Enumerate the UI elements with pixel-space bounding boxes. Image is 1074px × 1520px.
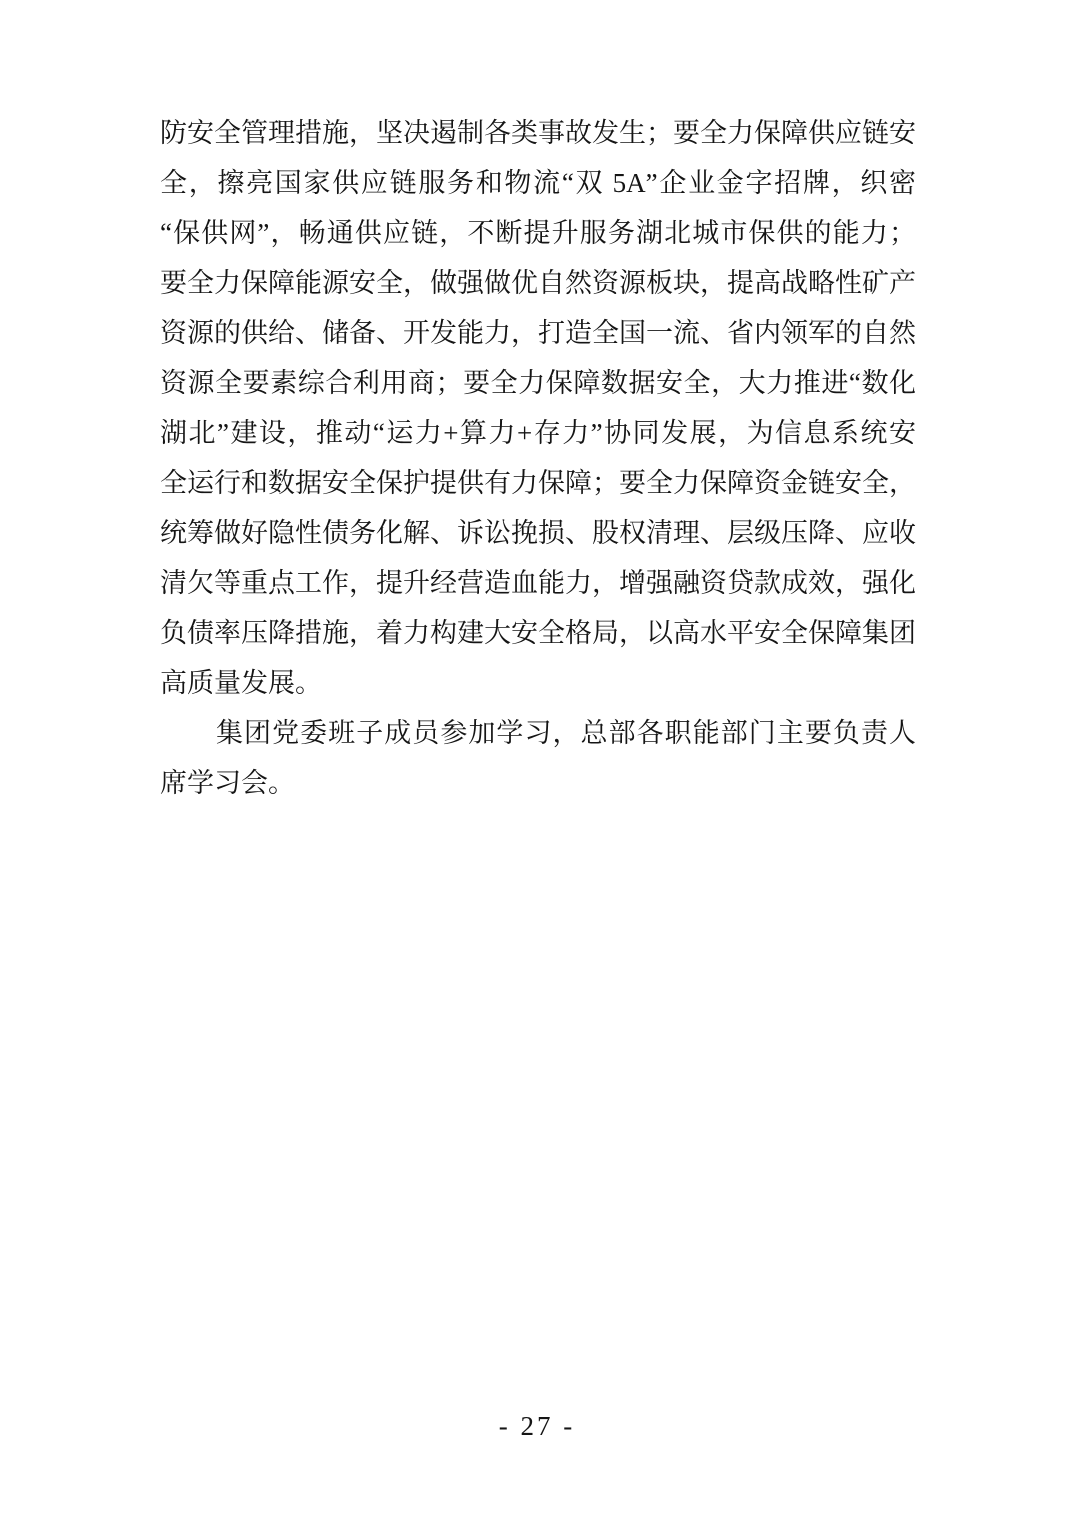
paragraph1-line: 资源全要素综合利用商；要全力保障数据安全，大力推进“数化 <box>160 358 916 408</box>
paragraph1-last-line: 高质量发展。 <box>160 658 916 708</box>
paragraph1-line: 清欠等重点工作，提升经营造血能力，增强融资贷款成效，强化 <box>160 558 916 608</box>
page-number: - 27 - <box>0 1406 1074 1446</box>
paragraph2-last-line: 席学习会。 <box>160 758 916 808</box>
paragraph1-line: 湖北”建设，推动“运力+算力+存力”协同发展，为信息系统安 <box>160 408 916 458</box>
paragraph1-line: 资源的供给、储备、开发能力，打造全国一流、省内领军的自然 <box>160 308 916 358</box>
paragraph1-line: 防安全管理措施，坚决遏制各类事故发生；要全力保障供应链安 <box>160 108 916 158</box>
body-text: 防安全管理措施，坚决遏制各类事故发生；要全力保障供应链安 全，擦亮国家供应链服务… <box>160 108 916 808</box>
paragraph1-line: 统筹做好隐性债务化解、诉讼挽损、股权清理、层级压降、应收 <box>160 508 916 558</box>
paragraph2-line: 集团党委班子成员参加学习，总部各职能部门主要负责人列 <box>160 708 916 758</box>
paragraph1-line: “保供网”，畅通供应链，不断提升服务湖北城市保供的能力； <box>160 208 916 258</box>
paragraph1-line: 全，擦亮国家供应链服务和物流“双 5A”企业金字招牌，织密 <box>160 158 916 208</box>
paragraph1-line: 负债率压降措施，着力构建大安全格局，以高水平安全保障集团 <box>160 608 916 658</box>
document-page: 防安全管理措施，坚决遏制各类事故发生；要全力保障供应链安 全，擦亮国家供应链服务… <box>0 0 1074 1520</box>
paragraph1-line: 全运行和数据安全保护提供有力保障；要全力保障资金链安全， <box>160 458 916 508</box>
paragraph1-line: 要全力保障能源安全，做强做优自然资源板块，提高战略性矿产 <box>160 258 916 308</box>
